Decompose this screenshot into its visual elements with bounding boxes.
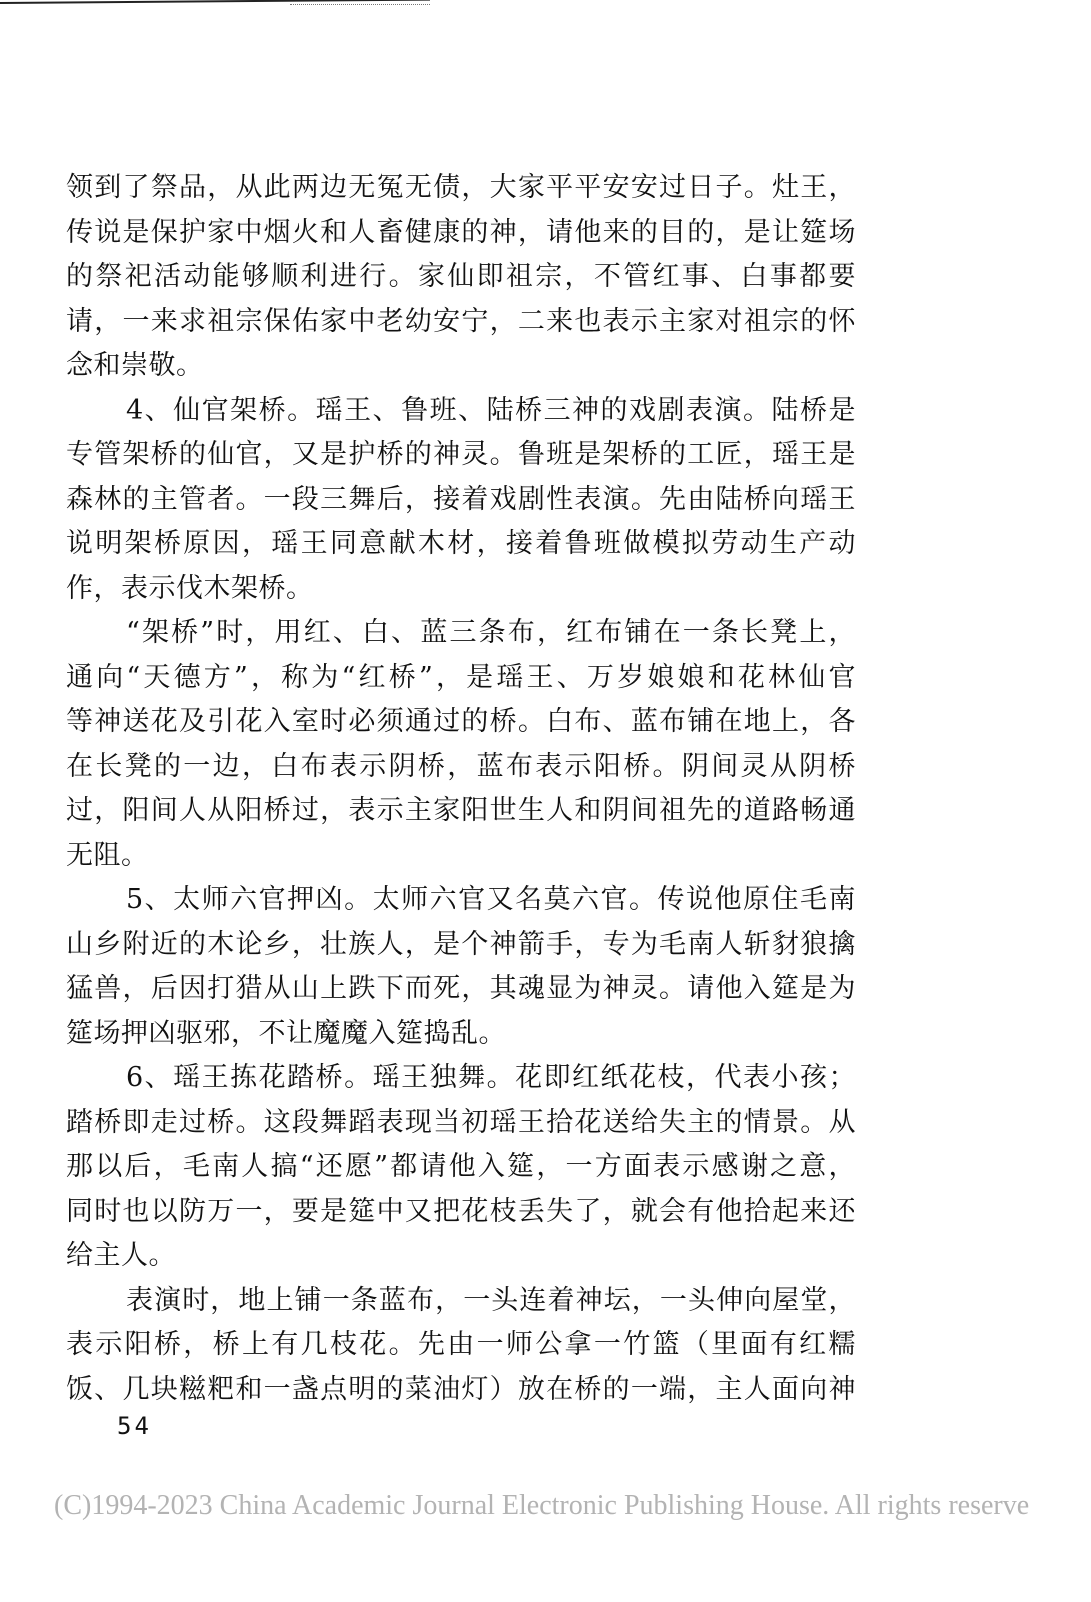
text-line: 6、瑶王拣花踏桥。瑶王独舞。花即红纸花枝，代表小孩；	[66, 1056, 856, 1101]
text-line: 领到了祭品，从此两边无冤无债，大家平平安安过日子。灶王，	[66, 166, 856, 211]
paragraph-performance: 表演时，地上铺一条蓝布，一头连着神坛，一头伸向屋堂， 表示阳桥，桥上有几枝花。先…	[66, 1279, 856, 1413]
text-line: 无阻。	[66, 834, 856, 879]
text-line: 等神送花及引花入室时必须通过的桥。白布、蓝布铺在地上，各	[66, 700, 856, 745]
page-body: 领到了祭品，从此两边无冤无债，大家平平安安过日子。灶王， 传说是保护家中烟火和人…	[66, 166, 856, 1412]
text-line: 猛兽，后因打猎从山上跌下而死，其魂显为神灵。请他入筵是为	[66, 967, 856, 1012]
text-line: 同时也以防万一，要是筵中又把花枝丢失了，就会有他拾起来还	[66, 1190, 856, 1235]
text-line: 在长凳的一边，白布表示阴桥，蓝布表示阳桥。阴间灵从阴桥	[66, 745, 856, 790]
page-number: 54	[117, 1412, 152, 1440]
text-line: 表示阳桥，桥上有几枝花。先由一师公拿一竹篮（里面有红糯	[66, 1323, 856, 1368]
paragraph-section-6: 6、瑶王拣花踏桥。瑶王独舞。花即红纸花枝，代表小孩； 踏桥即走过桥。这段舞蹈表现…	[66, 1056, 856, 1279]
copyright-watermark: (C)1994-2023 China Academic Journal Elec…	[54, 1490, 1029, 1522]
text-line: 4、仙官架桥。瑶王、鲁班、陆桥三神的戏剧表演。陆桥是	[66, 389, 856, 434]
scan-top-rule-faint	[290, 4, 430, 5]
paragraph-section-4: 4、仙官架桥。瑶王、鲁班、陆桥三神的戏剧表演。陆桥是 专管架桥的仙官，又是护桥的…	[66, 389, 856, 612]
text-line: “架桥”时，用红、白、蓝三条布，红布铺在一条长凳上，	[66, 611, 856, 656]
text-line: 表演时，地上铺一条蓝布，一头连着神坛，一头伸向屋堂，	[66, 1279, 856, 1324]
text-line: 给主人。	[66, 1234, 856, 1279]
text-line: 请，一来求祖宗保佑家中老幼安宁，二来也表示主家对祖宗的怀	[66, 300, 856, 345]
paragraph-continuation: 领到了祭品，从此两边无冤无债，大家平平安安过日子。灶王， 传说是保护家中烟火和人…	[66, 166, 856, 389]
text-line: 筵场押凶驱邪，不让魔魔入筵捣乱。	[66, 1012, 856, 1057]
text-line: 森林的主管者。一段三舞后，接着戏剧性表演。先由陆桥向瑶王	[66, 478, 856, 523]
text-line: 饭、几块糍粑和一盏点明的菜油灯）放在桥的一端，主人面向神	[66, 1368, 856, 1413]
text-line: 5、太师六官押凶。太师六官又名莫六官。传说他原住毛南	[66, 878, 856, 923]
text-line: 那以后，毛南人搞“还愿”都请他入筵，一方面表示感谢之意，	[66, 1145, 856, 1190]
paragraph-section-5: 5、太师六官押凶。太师六官又名莫六官。传说他原住毛南 山乡附近的木论乡，壮族人，…	[66, 878, 856, 1056]
text-line: 专管架桥的仙官，又是护桥的神灵。鲁班是架桥的工匠，瑶王是	[66, 433, 856, 478]
text-line: 的祭祀活动能够顺利进行。家仙即祖宗，不管红事、白事都要	[66, 255, 856, 300]
text-line: 山乡附近的木论乡，壮族人，是个神箭手，专为毛南人斩豺狼擒	[66, 923, 856, 968]
text-line: 作，表示伐木架桥。	[66, 567, 856, 612]
text-line: 传说是保护家中烟火和人畜健康的神，请他来的目的，是让筵场	[66, 211, 856, 256]
paragraph-bridge-description: “架桥”时，用红、白、蓝三条布，红布铺在一条长凳上， 通向“天德方”，称为“红桥…	[66, 611, 856, 878]
text-line: 通向“天德方”，称为“红桥”，是瑶王、万岁娘娘和花林仙官	[66, 656, 856, 701]
text-line: 踏桥即走过桥。这段舞蹈表现当初瑶王拾花送给失主的情景。从	[66, 1101, 856, 1146]
text-line: 过，阳间人从阳桥过，表示主家阳世生人和阴间祖先的道路畅通	[66, 789, 856, 834]
text-line: 念和崇敬。	[66, 344, 856, 389]
text-line: 说明架桥原因，瑶王同意献木材，接着鲁班做模拟劳动生产动	[66, 522, 856, 567]
